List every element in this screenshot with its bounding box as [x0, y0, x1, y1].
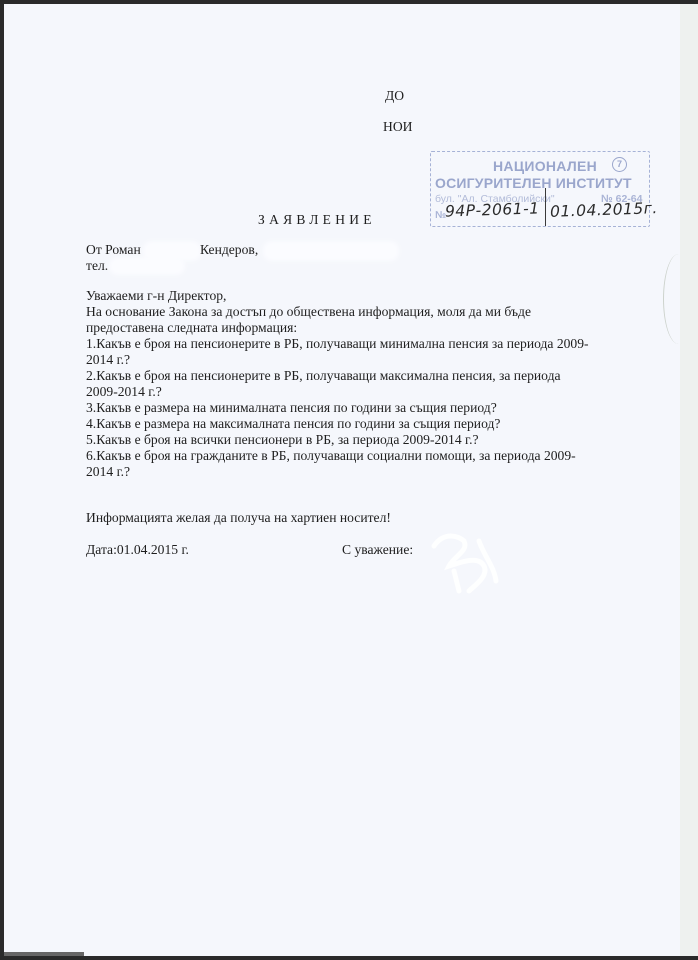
- intro-line-2: предоставена следната информация:: [86, 320, 297, 336]
- stamp-circle-number: 7: [612, 157, 627, 172]
- sender-name: От Роман: [86, 242, 141, 258]
- page-edge: [680, 4, 698, 956]
- question-6-line-2: 2014 г.?: [86, 464, 130, 480]
- redacted-phone: [112, 260, 182, 272]
- question-1-line-1: 1.Какъв е броя на пенсионерите в РБ, пол…: [86, 336, 589, 352]
- recipient-to: ДО: [385, 88, 404, 104]
- handwritten-registration-number: 94Р-2061-1: [445, 199, 540, 220]
- scan-shadow: [4, 952, 84, 956]
- redacted-signature-icon: [424, 526, 504, 596]
- closing: С уважение:: [342, 542, 413, 558]
- handwritten-registration-date: 01.04.2015г.: [550, 199, 658, 221]
- paper-fold-mark: [663, 254, 694, 344]
- stamp-line2: ОСИГУРИТЕЛЕН ИНСТИТУТ: [435, 175, 632, 191]
- intro-line-1: На основание Закона за достъп до обществ…: [86, 304, 531, 320]
- redacted-middle-name: [146, 244, 198, 258]
- scanned-page: ДО НОИ НАЦИОНАЛЕН 7 ОСИГУРИТЕЛЕН ИНСТИТУ…: [4, 4, 698, 956]
- question-5: 5.Какъв е броя на всички пенсионери в РБ…: [86, 432, 479, 448]
- redacted-address: [266, 244, 396, 258]
- salutation: Уважаеми г-н Директор,: [86, 288, 226, 304]
- question-2-line-1: 2.Какъв е броя на пенсионерите в РБ, пол…: [86, 368, 561, 384]
- stamp-divider: [545, 188, 546, 226]
- question-6-line-1: 6.Какъв е броя на гражданите в РБ, получ…: [86, 448, 576, 464]
- phone-label: тел.: [86, 258, 108, 274]
- question-1-line-2: 2014 г.?: [86, 352, 130, 368]
- question-4: 4.Какъв е размера на максималната пенсия…: [86, 416, 500, 432]
- recipient-org: НОИ: [383, 119, 412, 135]
- question-2-line-2: 2009-2014 г.?: [86, 384, 162, 400]
- document-title: ЗАЯВЛЕНИЕ: [258, 212, 376, 228]
- question-3: 3.Какъв е размера на минималната пенсия …: [86, 400, 497, 416]
- delivery-preference: Информацията желая да получа на хартиен …: [86, 510, 391, 526]
- date-line: Дата:01.04.2015 г.: [86, 542, 189, 558]
- sender-surname: Кендеров,: [200, 242, 258, 258]
- stamp-line1: НАЦИОНАЛЕН: [493, 158, 597, 174]
